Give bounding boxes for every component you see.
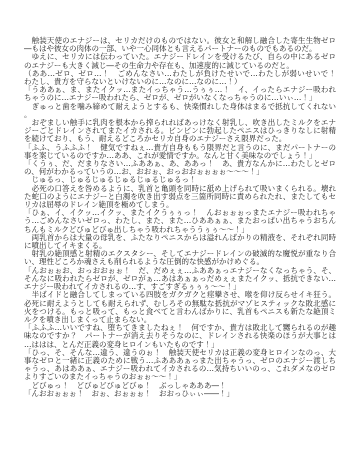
story-paragraph: ぎゅっと歯を噛み締めて耐えようとするも、快楽慣れした身体はまるで抵抗してくれない… [24,103,336,119]
story-paragraph: 「んおぉぉお、おっおおぉぉ！ だ、だめぇぇ…ふああぁっエナジーなくなっちゃう、そ… [24,267,336,292]
story-paragraph: 触装天使のエナジーは、セリカだけのものではない。彼女と和解し融合した寄生生物ゼロ… [24,37,336,53]
story-paragraph: おぞましい触手に乳肉を根本から搾られればあっけなく射乳し、吹き出したミルクをエナ… [24,119,336,144]
story-paragraph: 両乳首からは大量の母乳を、ふたなりペニスからは溢れんばかりの精液を、それぞれ同時… [24,234,336,250]
story-paragraph: 必死の口答えを咎めるように、乳首と亀頭を同時に舐め上げられて吸いまくられる。壊れ… [24,185,336,210]
story-paragraph: 「くうぅ、だ、だまりなさい…ふああぁ、あ、ああっ！ あ、貴方なんかに…わたしとゼ… [24,160,336,176]
story-paragraph: 射乳の絶頂感と射精のエクスタシー、そしてエナジードレインの破滅的な魔悦が重なり合… [24,250,336,266]
story-paragraph: 「んおおぉぉぉ！ おぉ、おぉぉぉ！ おおっひぃぃ――！」 [24,390,336,398]
story-paragraph: 「ふふふ…いいですね、堕ちてきましたねぇ！ 何ですか、貴方は敗北して嬲られるのが… [24,324,336,349]
story-paragraph: 「ひっ、そ、そんな…違う、違うのぉ！ 触装天使セリカは正義の変身ヒロインなのっ、… [24,349,336,382]
story-paragraph: （ああ…ゼロ、ゼロ…！ ごめんなさい…わたしが負けたせいで…わたしが弱いせいで！… [24,70,336,86]
story-paragraph: 「ふふ、うふふふ！ 健気ですねぇ…貴方自身ももう限界だと言うのに、まだパートナー… [24,144,336,160]
story-paragraph: ゆえに、セリカには伝わっていた。エナジードレインを受けるたび、自らの中にあるゼロ… [24,53,336,69]
document-page: 触装天使のエナジーは、セリカだけのものではない。彼女と和解し融合した寄生生物ゼロ… [0,0,360,466]
story-paragraph: 「ひぁ、イ、イクッ…イクッ、またイクうぅぅっ！ んおぉぉぉっまたエナジー吸われち… [24,209,336,234]
story-paragraph: 半ばイドと融合してしまっている四肢をガクガクと痙攣させ、喉を仰け反らせイキ狂う。… [24,291,336,324]
story-paragraph: 「うああぁ、ま、またイクッ…またイっちゃう…うぅぅ…！ イ、イったらエナジー吸わ… [24,86,336,102]
